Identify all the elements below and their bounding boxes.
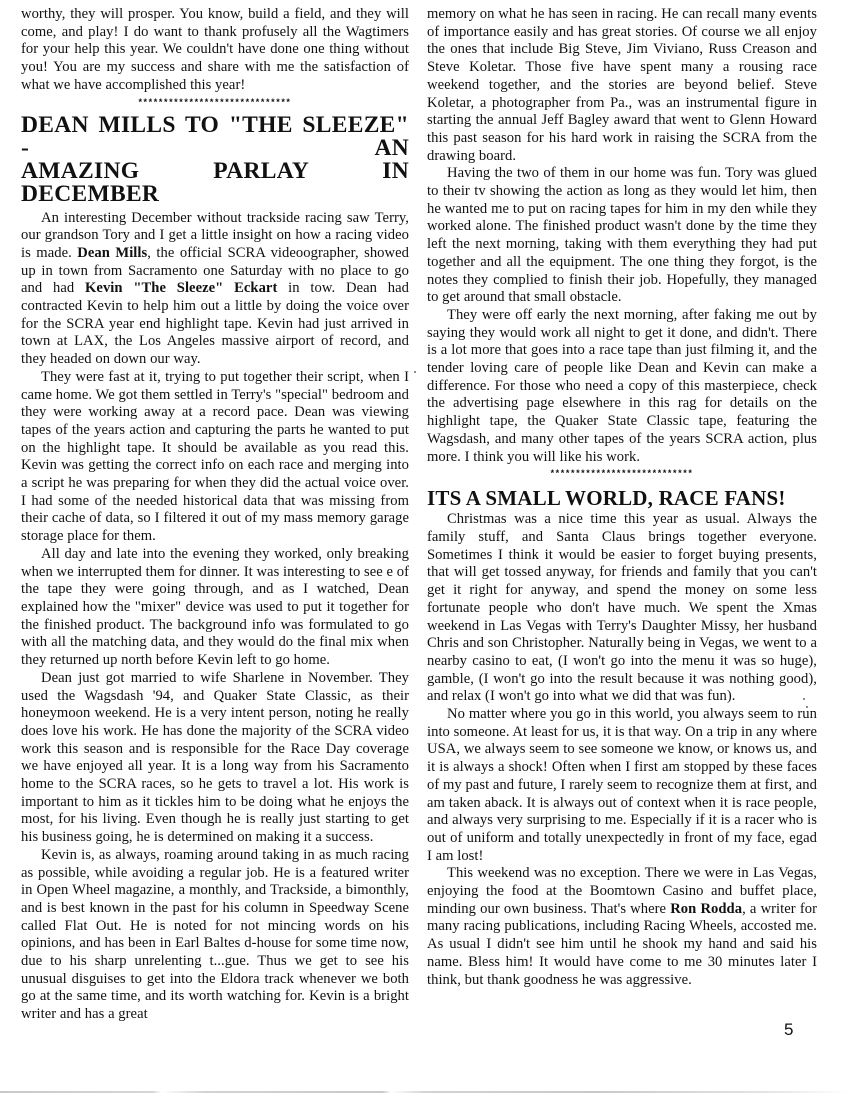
bold-name-dean-mills: Dean Mills: [77, 245, 147, 261]
left-column: worthy, they will prosper. You know, bui…: [21, 6, 409, 1024]
article-paragraph: They were fast at it, trying to put toge…: [21, 369, 409, 546]
article-headline-dean-mills: DEAN MILLS TO "THE SLEEZE" - AN AMAZING …: [21, 114, 409, 206]
article-paragraph: Having the two of them in our home was f…: [427, 165, 817, 307]
article-headline-small-world: ITS A SMALL WORLD, RACE FANS!: [427, 487, 817, 509]
section-divider: ****************************: [427, 467, 817, 479]
article-paragraph: Christmas was a nice time this year as u…: [427, 511, 817, 706]
section-divider: ******************************: [21, 96, 409, 108]
article-paragraph: All day and late into the evening they w…: [21, 546, 409, 670]
bottom-scan-rule: [0, 1091, 850, 1093]
scan-speck: [803, 698, 805, 700]
article-paragraph: This weekend was no exception. There we …: [427, 865, 817, 989]
headline-line-1: DEAN MILLS TO "THE SLEEZE" - AN: [21, 114, 409, 160]
intro-paragraph: worthy, they will prosper. You know, bui…: [21, 6, 409, 95]
scan-speck: [414, 371, 416, 373]
article-paragraph: Kevin is, as always, roaming around taki…: [21, 847, 409, 1024]
bold-name-ron-rodda: Ron Rodda: [670, 901, 742, 917]
article-paragraph: They were off early the next morning, af…: [427, 307, 817, 466]
scan-speck: [806, 706, 808, 708]
headline-line-2: AMAZING PARLAY IN DECEMBER: [21, 158, 409, 207]
article-paragraph: Dean just got married to wife Sharlene i…: [21, 670, 409, 847]
right-column: memory on what he has seen in racing. He…: [427, 6, 817, 989]
newsletter-page: worthy, they will prosper. You know, bui…: [0, 0, 850, 1100]
page-number: 5: [784, 1020, 793, 1040]
article-paragraph: No matter where you go in this world, yo…: [427, 706, 817, 865]
article-paragraph: An interesting December without tracksid…: [21, 210, 409, 369]
bold-name-kevin-eckart: Kevin "The Sleeze" Eckart: [85, 280, 277, 296]
article-paragraph: memory on what he has seen in racing. He…: [427, 6, 817, 165]
